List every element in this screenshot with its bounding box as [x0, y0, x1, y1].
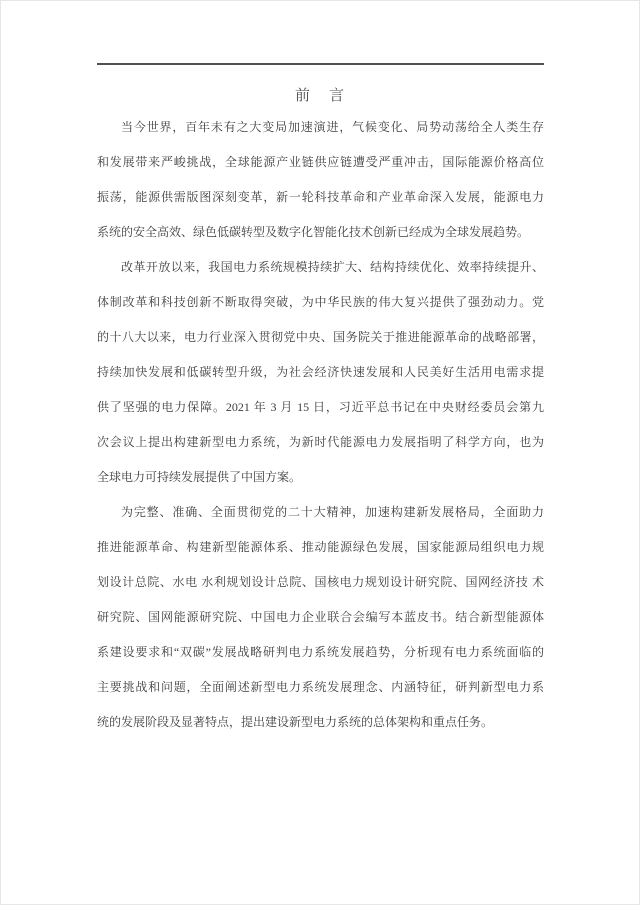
text-line: 次会议上提出构建新型电力系统，为新时代能源电力发展指明了科学方向，也为 [97, 425, 544, 460]
document-page: 前 言 当今世界，百年未有之大变局加速演进，气候变化、局势动荡给全人类生存和发展… [0, 0, 640, 905]
text-line: 系建设要求和“双碳”发展战略研判电力系统发展趋势，分析现有电力系统面临的 [97, 635, 544, 670]
document-content: 前 言 当今世界，百年未有之大变局加速演进，气候变化、局势动荡给全人类生存和发展… [97, 63, 544, 740]
text-line: 体制改革和科技创新不断取得突破，为中华民族的伟大复兴提供了强劲动力。党 [97, 285, 544, 320]
text-line: 改革开放以来，我国电力系统规模持续扩大、结构持续优化、效率持续提升、 [97, 250, 544, 285]
page-title: 前 言 [97, 85, 544, 107]
text-line: 振荡，能源供需版图深刻变革，新一轮科技革命和产业革命深入发展，能源电力 [97, 180, 544, 215]
paragraph: 改革开放以来，我国电力系统规模持续扩大、结构持续优化、效率持续提升、体制改革和科… [97, 250, 544, 495]
paragraph: 当今世界，百年未有之大变局加速演进，气候变化、局势动荡给全人类生存和发展带来严峻… [97, 110, 544, 250]
text-line: 和发展带来严峻挑战，全球能源产业链供应链遭受严重冲击，国际能源价格高位 [97, 145, 544, 180]
text-line: 统的发展阶段及显著特点，提出建设新型电力系统的总体架构和重点任务。 [97, 705, 544, 740]
text-line: 的十八大以来，电力行业深入贯彻党中央、国务院关于推进能源革命的战略部署， [97, 320, 544, 355]
document-body: 当今世界，百年未有之大变局加速演进，气候变化、局势动荡给全人类生存和发展带来严峻… [97, 110, 544, 740]
text-line: 持续加快发展和低碳转型升级，为社会经济快速发展和人民美好生活用电需求提 [97, 355, 544, 390]
header-rule [97, 63, 544, 65]
text-line: 划设计总院、水电 水利规划设计总院、国核电力规划设计研究院、国网经济技 术 [97, 565, 544, 600]
text-line: 供了坚强的电力保障。2021 年 3 月 15 日，习近平总书记在中央财经委员会… [97, 390, 544, 425]
text-line: 当今世界，百年未有之大变局加速演进，气候变化、局势动荡给全人类生存 [97, 110, 544, 145]
text-line: 为完整、准确、全面贯彻党的二十大精神，加速构建新发展格局，全面助力 [97, 495, 544, 530]
text-line: 推进能源革命、构建新型能源体系、推动能源绿色发展，国家能源局组织电力规 [97, 530, 544, 565]
text-line: 主要挑战和问题，全面阐述新型电力系统发展理念、内涵特征，研判新型电力系 [97, 670, 544, 705]
text-line: 系统的安全高效、绿色低碳转型及数字化智能化技术创新已经成为全球发展趋势。 [97, 215, 544, 250]
text-line: 研究院、国网能源研究院、中国电力企业联合会编写本蓝皮书。结合新型能源体 [97, 600, 544, 635]
paragraph: 为完整、准确、全面贯彻党的二十大精神，加速构建新发展格局，全面助力推进能源革命、… [97, 495, 544, 740]
text-line: 全球电力可持续发展提供了中国方案。 [97, 460, 544, 495]
